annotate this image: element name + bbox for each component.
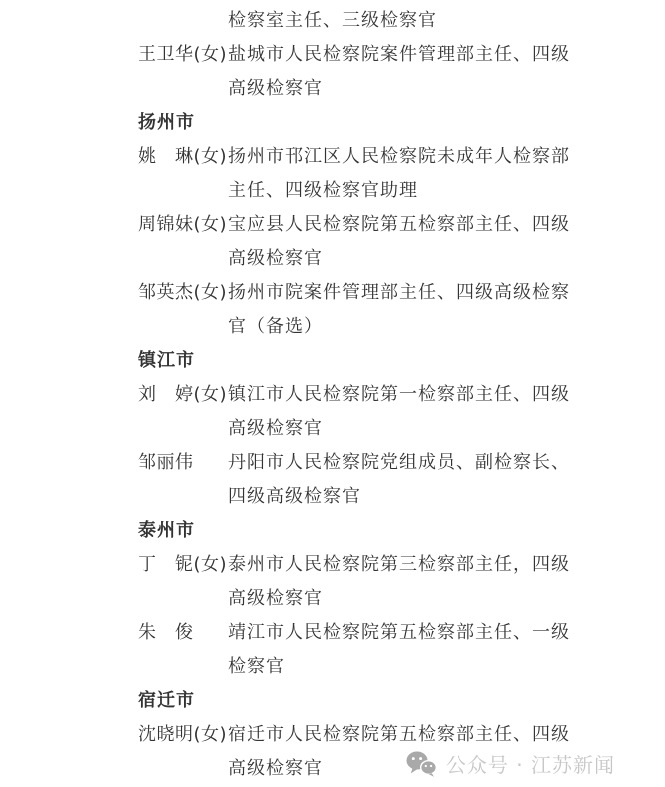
entry-row: 朱 俊靖江市人民检察院第五检察部主任、一级检察官 bbox=[138, 616, 570, 684]
position-line: 镇江市人民检察院第一检察部主任、四级 bbox=[228, 378, 570, 412]
position-line: 官（备选） bbox=[228, 310, 570, 344]
entry-row: 姚 琳(女)扬州市邗江区人民检察院未成年人检察部主任、四级检察官助理 bbox=[138, 140, 570, 208]
entry-name: 朱 俊 bbox=[138, 616, 228, 684]
position-line: 高级检察官 bbox=[228, 582, 570, 616]
section-title: 扬州市 bbox=[138, 106, 570, 140]
section-title: 泰州市 bbox=[138, 514, 570, 548]
position-line: 扬州市邗江区人民检察院未成年人检察部 bbox=[228, 140, 570, 174]
position-line: 检察官 bbox=[228, 650, 570, 684]
entry-position: 盐城市人民检察院案件管理部主任、四级高级检察官 bbox=[228, 38, 570, 106]
entry-position: 扬州市邗江区人民检察院未成年人检察部主任、四级检察官助理 bbox=[228, 140, 570, 208]
position-line: 高级检察官 bbox=[228, 242, 570, 276]
entry-row: 周锦妹(女)宝应县人民检察院第五检察部主任、四级高级检察官 bbox=[138, 208, 570, 276]
position-line: 高级检察官 bbox=[228, 412, 570, 446]
section-title: 宿迁市 bbox=[138, 684, 570, 718]
entry-row: 王卫华(女)盐城市人民检察院案件管理部主任、四级高级检察官 bbox=[138, 38, 570, 106]
entry-name: 姚 琳(女) bbox=[138, 140, 228, 208]
entry-position: 扬州市院案件管理部主任、四级高级检察官（备选） bbox=[228, 276, 570, 344]
entry-position: 镇江市人民检察院第一检察部主任、四级高级检察官 bbox=[228, 378, 570, 446]
entry-position: 丹阳市人民检察院党组成员、副检察长、四级高级检察官 bbox=[228, 446, 570, 514]
entry-name: 丁 铌(女) bbox=[138, 548, 228, 616]
entry-name: 周锦妹(女) bbox=[138, 208, 228, 276]
document-body: 检察室主任、三级检察官王卫华(女)盐城市人民检察院案件管理部主任、四级高级检察官… bbox=[138, 0, 570, 786]
position-line: 靖江市人民检察院第五检察部主任、一级 bbox=[228, 616, 570, 650]
position-line: 盐城市人民检察院案件管理部主任、四级 bbox=[228, 38, 570, 72]
entry-row: 邹英杰(女)扬州市院案件管理部主任、四级高级检察官（备选） bbox=[138, 276, 570, 344]
position-line: 四级高级检察官 bbox=[228, 480, 570, 514]
entry-position: 泰州市人民检察院第三检察部主任，四级高级检察官 bbox=[228, 548, 570, 616]
entry-name: 邹英杰(女) bbox=[138, 276, 228, 344]
section-title: 镇江市 bbox=[138, 344, 570, 378]
position-line: 扬州市院案件管理部主任、四级高级检察 bbox=[228, 276, 570, 310]
position-line: 高级检察官 bbox=[228, 72, 570, 106]
entry-position: 宝应县人民检察院第五检察部主任、四级高级检察官 bbox=[228, 208, 570, 276]
entry-name: 王卫华(女) bbox=[138, 38, 228, 106]
entry-name bbox=[138, 4, 228, 38]
entry-name: 邹丽伟 bbox=[138, 446, 228, 514]
entry-position: 检察室主任、三级检察官 bbox=[228, 4, 437, 38]
entry-position: 靖江市人民检察院第五检察部主任、一级检察官 bbox=[228, 616, 570, 684]
wechat-icon bbox=[406, 750, 437, 777]
entry-row: 刘 婷(女)镇江市人民检察院第一检察部主任、四级高级检察官 bbox=[138, 378, 570, 446]
entry-continuation: 检察室主任、三级检察官 bbox=[138, 4, 570, 38]
position-line: 丹阳市人民检察院党组成员、副检察长、 bbox=[228, 446, 570, 480]
entry-name: 沈晓明(女) bbox=[138, 718, 228, 786]
position-line: 主任、四级检察官助理 bbox=[228, 174, 570, 208]
position-line: 检察室主任、三级检察官 bbox=[228, 4, 437, 38]
position-line: 宿迁市人民检察院第五检察部主任、四级 bbox=[228, 718, 570, 752]
entry-name: 刘 婷(女) bbox=[138, 378, 228, 446]
entry-row: 邹丽伟丹阳市人民检察院党组成员、副检察长、四级高级检察官 bbox=[138, 446, 570, 514]
entry-row: 丁 铌(女)泰州市人民检察院第三检察部主任，四级高级检察官 bbox=[138, 548, 570, 616]
position-line: 泰州市人民检察院第三检察部主任，四级 bbox=[228, 548, 570, 582]
wechat-watermark: 公众号 · 江苏新闻 bbox=[406, 749, 615, 778]
watermark-label: 公众号 · 江苏新闻 bbox=[446, 749, 615, 778]
position-line: 宝应县人民检察院第五检察部主任、四级 bbox=[228, 208, 570, 242]
